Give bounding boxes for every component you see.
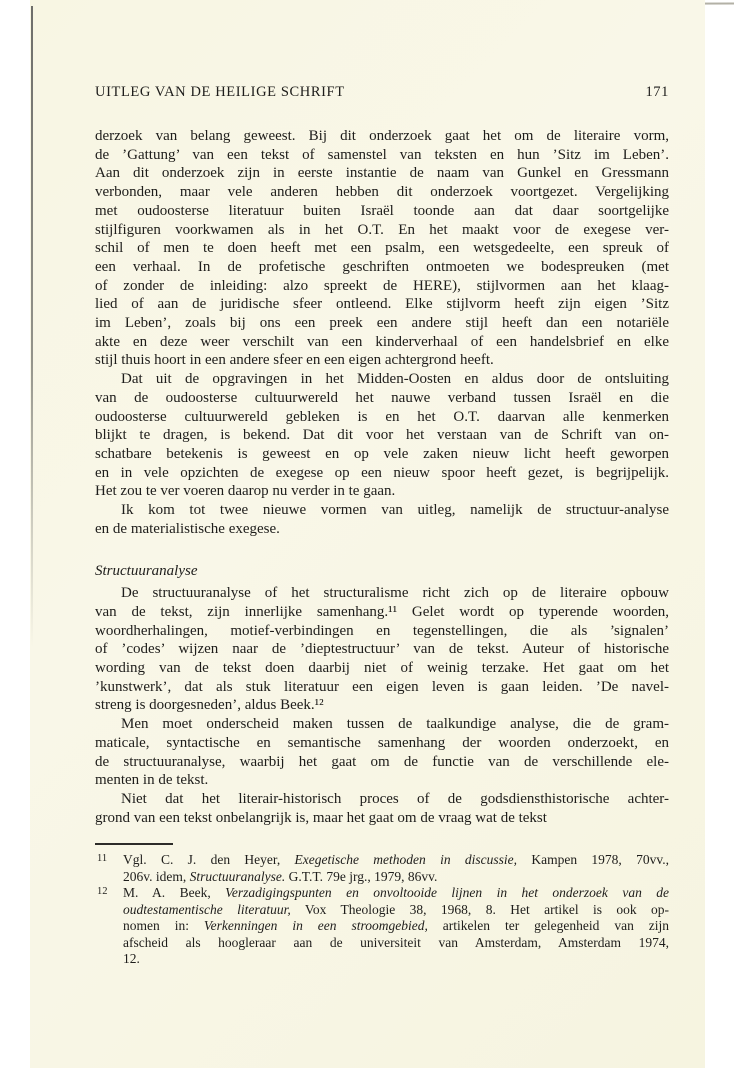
paragraph: De structuuranalyse of het structuralism… [95, 584, 669, 715]
footnote: 11Vgl. C. J. den Heyer, Exegetische meth… [95, 852, 669, 885]
paragraph-group-bottom: De structuuranalyse of het structuralism… [95, 584, 669, 827]
text-line: 206v. idem, Structuuranalyse. G.T.T. 79e… [123, 869, 669, 886]
text-line: M. A. Beek, Verzadigingspunten en onvolt… [123, 885, 669, 902]
text-line: en de materialistische exegese. [95, 520, 669, 539]
text-line: de ’Gattung’ van een tekst of samenstel … [95, 146, 669, 165]
text-line: derzoek van belang geweest. Bij dit onde… [95, 127, 669, 146]
text-line: im Leben’, zoals bij ons een preek een a… [95, 314, 669, 333]
scan-spine-line [31, 6, 33, 646]
text-line: Aan dit onderzoek zijn in eerste instant… [95, 164, 669, 183]
text-line: van de tekst, zijn innerlijke samenhang.… [95, 603, 669, 622]
text-line: Men moet onderscheid maken tussen de taa… [95, 715, 669, 734]
text-line: verbonden, maar vele anderen hebben dit … [95, 183, 669, 202]
paragraph: Niet dat het literair-historisch proces … [95, 790, 669, 827]
text-line: De structuuranalyse of het structuralism… [95, 584, 669, 603]
running-header: UITLEG VAN DE HEILIGE SCHRIFT 171 [95, 84, 669, 101]
footnote-text: Vgl. C. J. den Heyer, Exegetische method… [123, 852, 669, 885]
text-line: akte en deze weer verschilt van een kind… [95, 333, 669, 352]
section-heading: Structuuranalyse [95, 562, 669, 581]
text-line: menten in de tekst. [95, 771, 669, 790]
text-line: grond van een tekst onbelangrijk is, maa… [95, 809, 669, 828]
text-line: Het zou te ver voeren daarop nu verder i… [95, 482, 669, 501]
text-line: wording van de tekst doen daarbij niet o… [95, 659, 669, 678]
text-line: woordherhalingen, motief-verbindingen en… [95, 622, 669, 641]
text-line: afscheid als hoogleraar aan de universit… [123, 935, 669, 952]
text-line: een verhaal. In de profetische geschrift… [95, 258, 669, 277]
footnote-marker: 12 [95, 884, 123, 967]
text-line: of zonder de inleiding: alzo spreekt de … [95, 277, 669, 296]
text-line: of ’codes’ wijzen naar de ’dieptestructu… [95, 640, 669, 659]
footnotes-section: 11Vgl. C. J. den Heyer, Exegetische meth… [95, 843, 669, 968]
text-line: stijlfiguren voorkwamen als in het O.T. … [95, 221, 669, 240]
text-line: ’kunstwerk’, dat als stuk literatuur een… [95, 678, 669, 697]
text-line: stijl thuis hoort in een andere sfeer en… [95, 351, 669, 370]
text-line: de structuuranalyse, waarbij het gaat om… [95, 753, 669, 772]
text-line: oudtestamentische literatuur, Vox Theolo… [123, 902, 669, 919]
text-line: Niet dat het literair-historisch proces … [95, 790, 669, 809]
body-text: derzoek van belang geweest. Bij dit onde… [95, 127, 669, 827]
book-page: UITLEG VAN DE HEILIGE SCHRIFT 171 derzoe… [30, 0, 705, 1068]
footnote: 12M. A. Beek, Verzadigingspunten en onvo… [95, 885, 669, 968]
paragraph: Ik kom tot twee nieuwe vormen van uitleg… [95, 501, 669, 538]
text-line: 12. [123, 951, 669, 968]
text-line: lied of aan de juridische sfeer ontleend… [95, 295, 669, 314]
text-line: streng is doorgesneden’, aldus Beek.¹² [95, 696, 669, 715]
text-line: nomen in: Verkenningen in een stroomgebi… [123, 918, 669, 935]
text-line: en in vele opzichten de exegese op een n… [95, 464, 669, 483]
scanned-book-page: { "colors": { "paper": "#f8f6e4", "margi… [0, 0, 738, 1068]
text-line: schatbare betekenis is geweest en op vel… [95, 445, 669, 464]
text-line: Vgl. C. J. den Heyer, Exegetische method… [123, 852, 669, 869]
text-line: blijkt te dragen, is bekend. Dat dit voo… [95, 426, 669, 445]
text-line: van de oudoosterse cultuurwereld het nau… [95, 389, 669, 408]
paragraph: Dat uit de opgravingen in het Midden-Oos… [95, 370, 669, 501]
page-number: 171 [645, 84, 669, 101]
footnote-marker: 11 [95, 851, 123, 884]
paragraph: derzoek van belang geweest. Bij dit onde… [95, 127, 669, 370]
text-line: Dat uit de opgravingen in het Midden-Oos… [95, 370, 669, 389]
text-line: maticale, syntactische en semantische sa… [95, 734, 669, 753]
footnote-text: M. A. Beek, Verzadigingspunten en onvolt… [123, 885, 669, 968]
text-line: Ik kom tot twee nieuwe vormen van uitleg… [95, 501, 669, 520]
text-line: schil of men te doen heeft met een psalm… [95, 239, 669, 258]
text-line: oudoosterse cultuurwereld gebleken is en… [95, 408, 669, 427]
paragraph: Men moet onderscheid maken tussen de taa… [95, 715, 669, 790]
paragraph-group-top: derzoek van belang geweest. Bij dit onde… [95, 127, 669, 538]
footnote-rule [95, 843, 173, 845]
text-line: met oudoosterse literatuur buiten Israël… [95, 202, 669, 221]
running-header-title: UITLEG VAN DE HEILIGE SCHRIFT [95, 84, 345, 101]
footnote-list: 11Vgl. C. J. den Heyer, Exegetische meth… [95, 852, 669, 968]
